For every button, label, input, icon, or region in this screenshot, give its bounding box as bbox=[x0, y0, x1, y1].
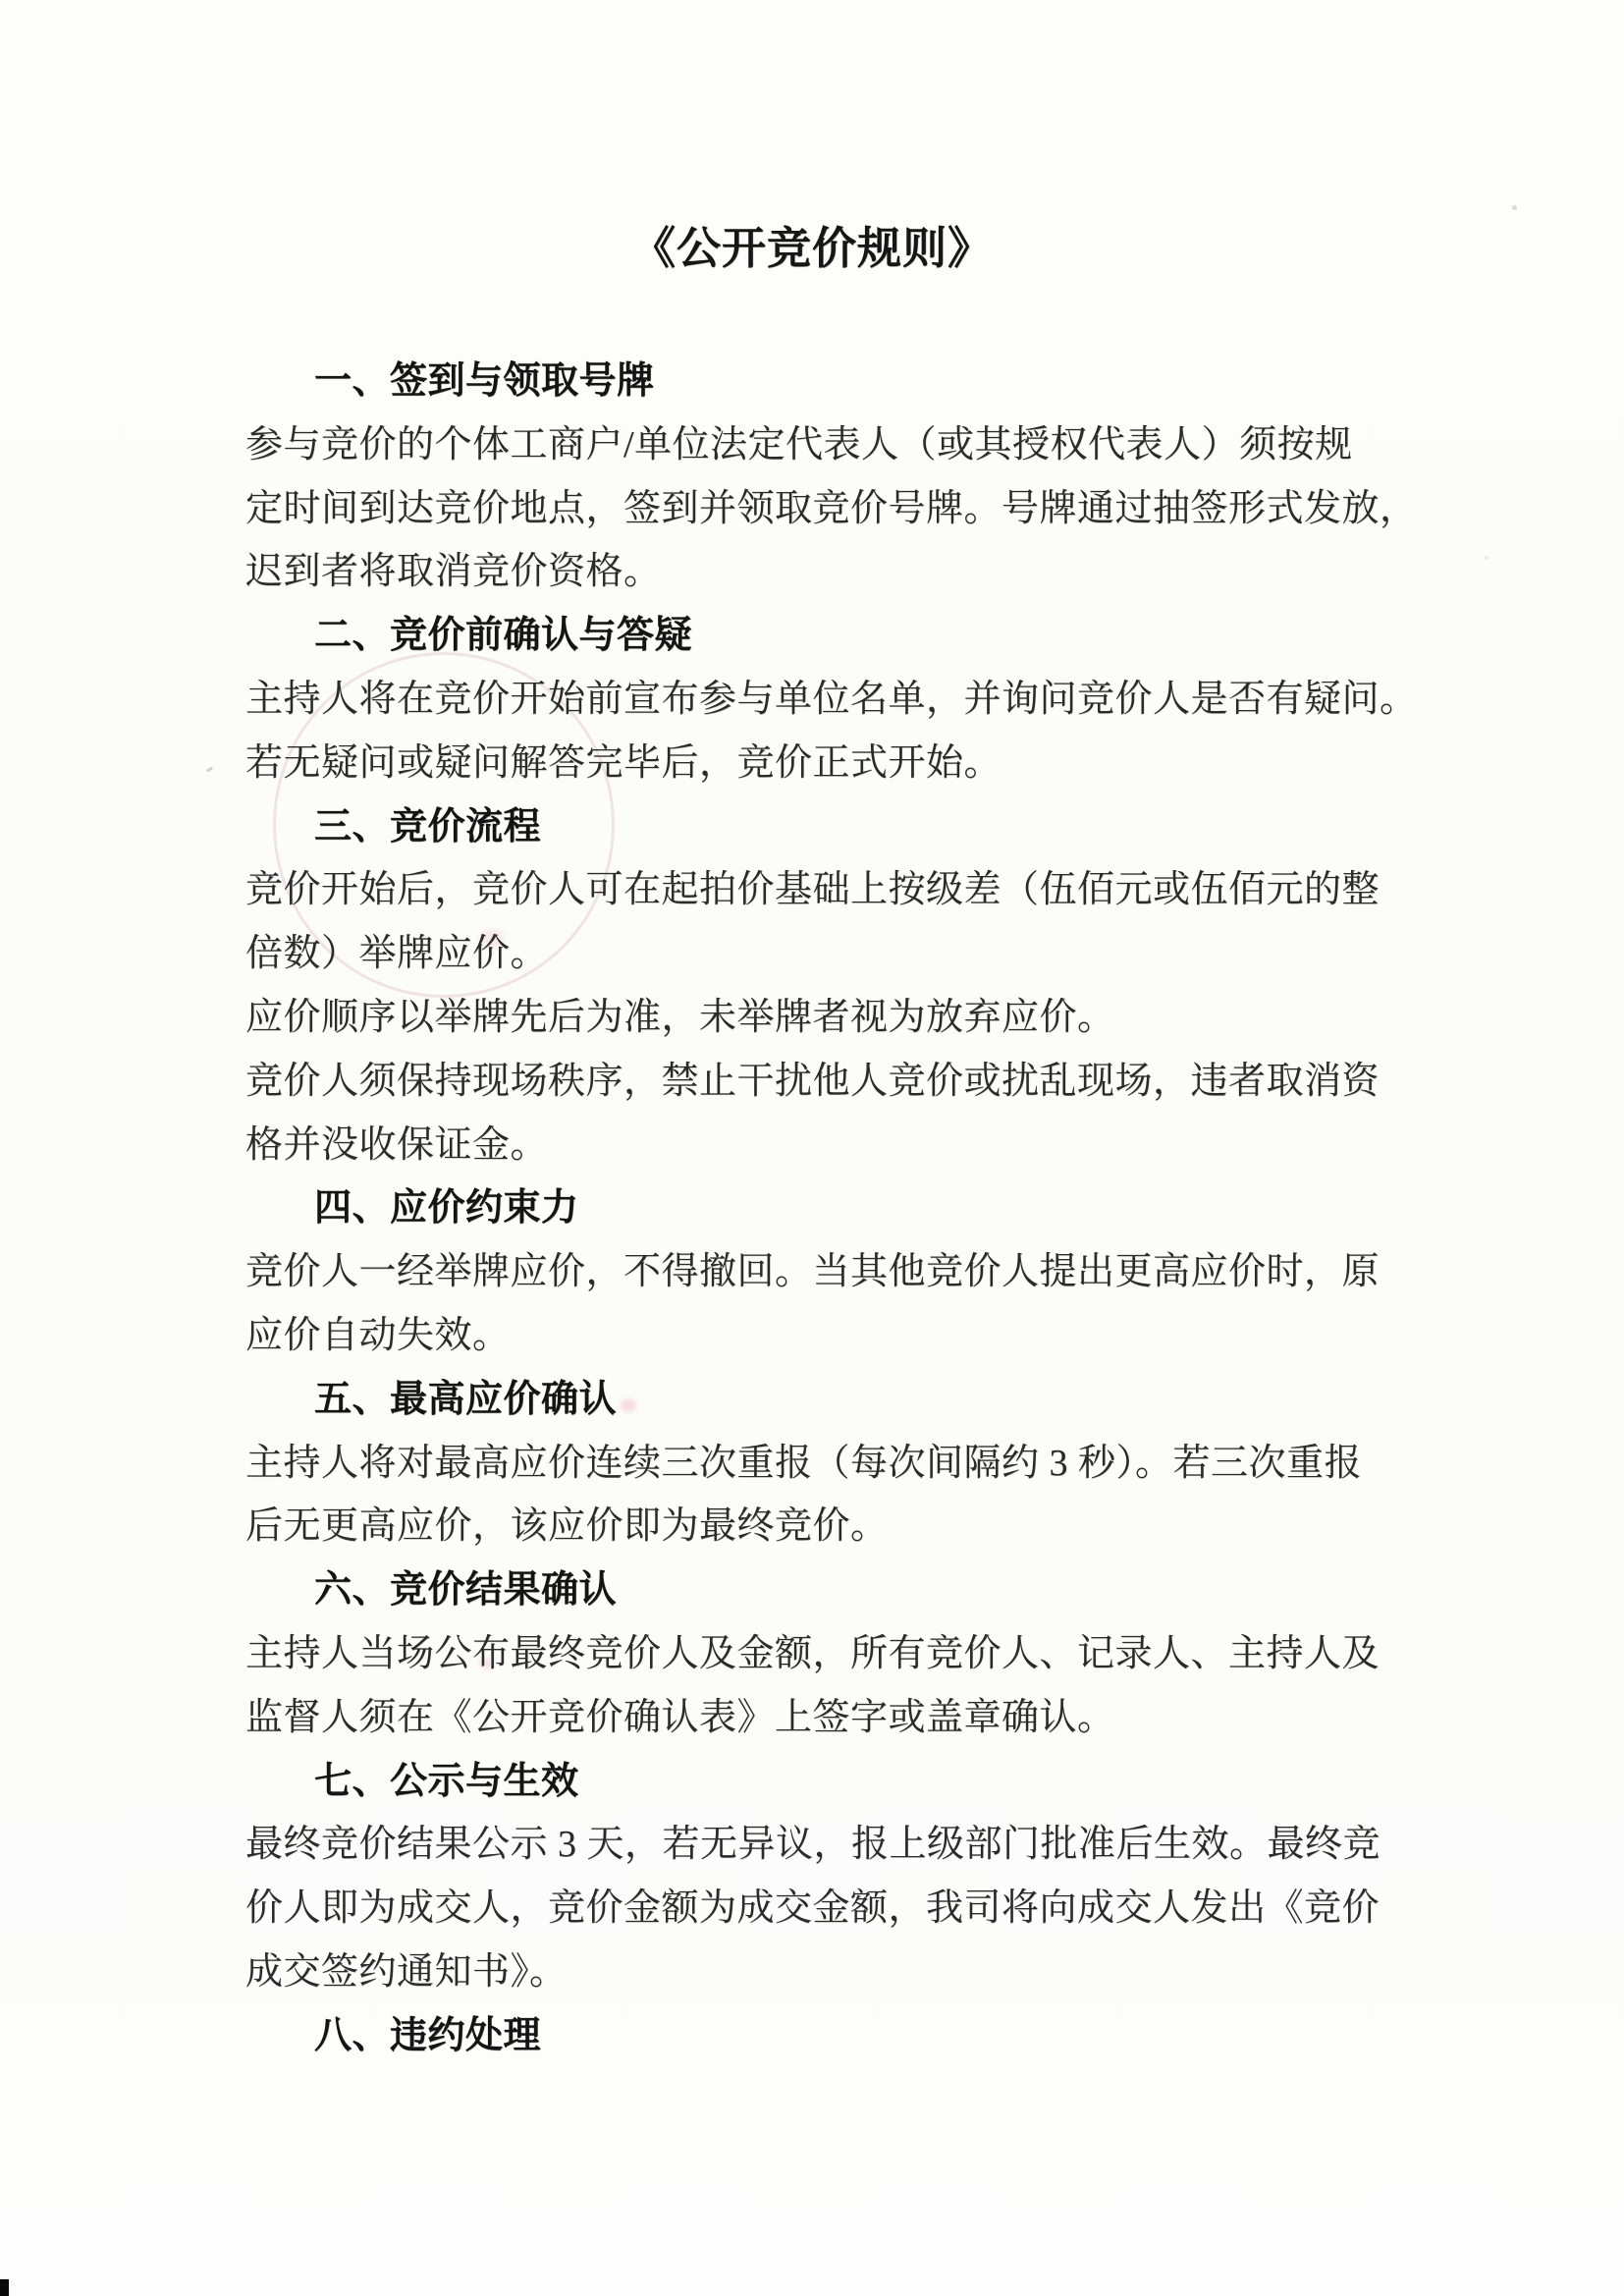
body-line: 参与竞价的个体工商户/单位法定代表人（或其授权代表人）须按规 bbox=[245, 413, 1443, 477]
body-line: 竞价人一经举牌应价，不得撤回。当其他竞价人提出更高应价时，原 bbox=[245, 1240, 1443, 1304]
section-6-heading: 六、竞价结果确认 bbox=[245, 1558, 1443, 1622]
body-line: 后无更高应价，该应价即为最终竞价。 bbox=[245, 1495, 1443, 1558]
scan-speck-artifact bbox=[1512, 205, 1517, 210]
scan-speck-artifact bbox=[206, 766, 213, 772]
body-line: 竞价开始后，竞价人可在起拍价基础上按级差（伍佰元或伍佰元的整 bbox=[245, 858, 1443, 922]
section-5-heading: 五、最高应价确认 bbox=[245, 1368, 1443, 1432]
section-8-heading: 八、违约处理 bbox=[245, 2004, 1443, 2068]
body-line: 主持人当场公布最终竞价人及金额，所有竞价人、记录人、主持人及 bbox=[245, 1622, 1443, 1686]
body-line: 倍数）举牌应价。 bbox=[245, 922, 1443, 986]
document-body: 一、签到与领取号牌 参与竞价的个体工商户/单位法定代表人（或其授权代表人）须按规… bbox=[245, 350, 1443, 2068]
body-line: 定时间到达竞价地点，签到并领取竞价号牌。号牌通过抽签形式发放， bbox=[245, 477, 1443, 541]
document-title: 《公开竞价规则》 bbox=[0, 212, 1624, 276]
body-line: 竞价人须保持现场秩序，禁止干扰他人竞价或扰乱现场，违者取消资 bbox=[245, 1050, 1443, 1114]
body-line: 迟到者将取消竞价资格。 bbox=[245, 540, 1443, 604]
scanned-document-page: 《公开竞价规则》 一、签到与领取号牌 参与竞价的个体工商户/单位法定代表人（或其… bbox=[0, 0, 1624, 2296]
scan-corner-artifact bbox=[0, 2279, 9, 2296]
body-line: 主持人将对最高应价连续三次重报（每次间隔约 3 秒）。若三次重报 bbox=[245, 1432, 1443, 1496]
section-1-heading: 一、签到与领取号牌 bbox=[245, 350, 1443, 413]
body-line: 若无疑问或疑问解答完毕后，竞价正式开始。 bbox=[245, 732, 1443, 795]
section-4-heading: 四、应价约束力 bbox=[245, 1176, 1443, 1240]
body-line: 应价顺序以举牌先后为准，未举牌者视为放弃应价。 bbox=[245, 986, 1443, 1050]
body-line: 格并没收保证金。 bbox=[245, 1114, 1443, 1177]
scan-speck-artifact bbox=[1485, 556, 1489, 560]
body-line: 监督人须在《公开竞价确认表》上签字或盖章确认。 bbox=[245, 1686, 1443, 1750]
body-line: 主持人将在竞价开始前宣布参与单位名单，并询问竞价人是否有疑问。 bbox=[245, 668, 1443, 732]
body-line: 最终竞价结果公示 3 天，若无异议，报上级部门批准后生效。最终竞 bbox=[245, 1813, 1443, 1877]
section-7-heading: 七、公示与生效 bbox=[245, 1750, 1443, 1814]
section-3-heading: 三、竞价流程 bbox=[245, 795, 1443, 859]
section-2-heading: 二、竞价前确认与答疑 bbox=[245, 604, 1443, 668]
body-line: 成交签约通知书》。 bbox=[245, 1941, 1443, 2004]
body-line: 应价自动失效。 bbox=[245, 1304, 1443, 1368]
body-line: 价人即为成交人，竞价金额为成交金额，我司将向成交人发出《竞价 bbox=[245, 1877, 1443, 1941]
